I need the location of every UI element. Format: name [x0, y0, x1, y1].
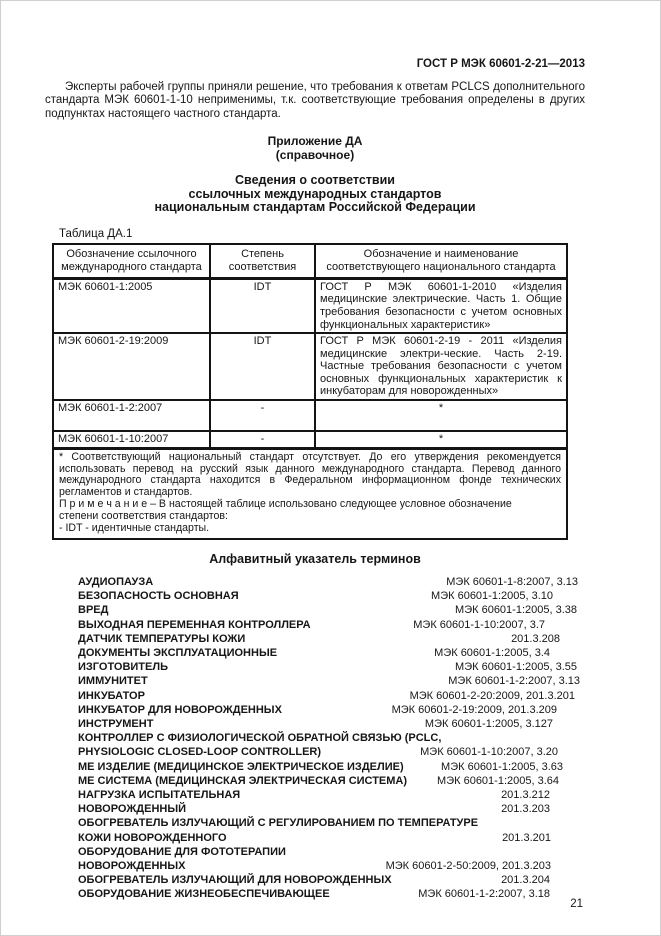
index-ref: МЭК 60601-1:2005, 3.64 [437, 774, 559, 788]
index-term: ИЗГОТОВИТЕЛЬ [78, 660, 168, 674]
index-term: ИММУНИТЕТ [78, 674, 148, 688]
index-ref: 201.3.212 [501, 788, 550, 802]
annex-label: Приложение ДА [45, 135, 585, 149]
index-ref: МЭК 60601-1:2005, 3.127 [425, 717, 553, 731]
index-term-continued: PHYSIOLOGIC CLOSED-LOOP CONTROLLER) [78, 745, 321, 759]
index-term: ИНКУБАТОР ДЛЯ НОВОРОЖДЕННЫХ [78, 703, 282, 717]
index-entry: ВРЕД МЭК 60601-1:2005, 3.38 [78, 603, 585, 617]
footnote-note-line3: - IDT - идентичные стандарты. [59, 523, 561, 535]
index-term: ДОКУМЕНТЫ ЭКСПЛУАТАЦИОННЫЕ [78, 646, 277, 660]
index-entry: ДОКУМЕНТЫ ЭКСПЛУАТАЦИОННЫЕ МЭК 60601-1:2… [78, 646, 585, 660]
cell-national: ГОСТ Р МЭК 60601-1-2010 «Изделия медицин… [315, 278, 567, 333]
index-term: ВРЕД [78, 603, 108, 617]
index-entry: АУДИОПАУЗА МЭК 60601-1-8:2007, 3.13 [78, 575, 585, 589]
index-ref: 201.3.203 [501, 802, 550, 816]
table-row: МЭК 60601-1-2:2007 - * [53, 400, 567, 431]
index-entry: ДАТЧИК ТЕМПЕРАТУРЫ КОЖИ 201.3.208 [78, 632, 585, 646]
index-ref: 201.3.201 [502, 831, 551, 845]
index-entry: ОБОГРЕВАТЕЛЬ ИЗЛУЧАЮЩИЙ С РЕГУЛИРОВАНИЕМ… [78, 816, 585, 844]
col-header-national-standard: Обозначение и наименование соответствующ… [315, 244, 567, 279]
index-ref: МЭК 60601-1:2005, 3.38 [455, 603, 577, 617]
index-ref: МЭК 60601-2-20:2009, 201.3.201 [410, 689, 575, 703]
index-term: МЕ ИЗДЕЛИЕ (МЕДИЦИНСКОЕ ЭЛЕКТРИЧЕСКОЕ ИЗ… [78, 760, 404, 774]
footnote-paragraph: * Соответствующий национальный стандарт … [59, 452, 561, 500]
index-term: ОБОГРЕВАТЕЛЬ ИЗЛУЧАЮЩИЙ С РЕГУЛИРОВАНИЕМ… [78, 816, 585, 830]
cell-degree: - [210, 431, 315, 448]
table-footnote: * Соответствующий национальный стандарт … [53, 448, 567, 539]
index-title: Алфавитный указатель терминов [45, 552, 585, 567]
index-ref: МЭК 60601-1-8:2007, 3.13 [446, 575, 578, 589]
index-term-continued: НОВОРОЖДЕННЫХ [78, 859, 185, 873]
cell-national: * [315, 400, 567, 431]
index-ref: МЭК 60601-2-19:2009, 201.3.209 [392, 703, 557, 717]
cell-standard: МЭК 60601-1:2005 [53, 278, 210, 333]
index-ref: МЭК 60601-1:2005, 3.63 [441, 760, 563, 774]
index-entry: НОВОРОЖДЕННЫЙ 201.3.203 [78, 802, 585, 816]
index-entry: ИММУНИТЕТ МЭК 60601-1-2:2007, 3.13 [78, 674, 585, 688]
annex-title: Сведения о соответствии ссылочных междун… [45, 174, 585, 215]
annex-type: (справочное) [45, 149, 585, 163]
index-entry: МЕ СИСТЕМА (МЕДИЦИНСКАЯ ЭЛЕКТРИЧЕСКАЯ СИ… [78, 774, 585, 788]
annex-title-line1: Сведения о соответствии [45, 174, 585, 188]
table-footnote-row: * Соответствующий национальный стандарт … [53, 448, 567, 539]
table-row: МЭК 60601-1-10:2007 - * [53, 431, 567, 448]
index-entry: ИЗГОТОВИТЕЛЬ МЭК 60601-1:2005, 3.55 [78, 660, 585, 674]
index-term: АУДИОПАУЗА [78, 575, 153, 589]
index-term: ИНКУБАТОР [78, 689, 145, 703]
document-page: ГОСТ Р МЭК 60601-2-21—2013 Эксперты рабо… [0, 0, 661, 936]
index-ref: МЭК 60601-1-2:2007, 3.13 [448, 674, 580, 688]
correspondence-table: Обозначение ссылочного международного ст… [52, 243, 568, 540]
index-entry: ВЫХОДНАЯ ПЕРЕМЕННАЯ КОНТРОЛЛЕРА МЭК 6060… [78, 618, 585, 632]
index-ref: МЭК 60601-1-2:2007, 3.18 [418, 887, 550, 901]
cell-degree: IDT [210, 278, 315, 333]
cell-national: * [315, 431, 567, 448]
index-ref: МЭК 60601-1-10:2007, 3.20 [420, 745, 558, 759]
cell-standard: МЭК 60601-1-10:2007 [53, 431, 210, 448]
index-term: БЕЗОПАСНОСТЬ ОСНОВНАЯ [78, 589, 239, 603]
index-entry: МЕ ИЗДЕЛИЕ (МЕДИЦИНСКОЕ ЭЛЕКТРИЧЕСКОЕ ИЗ… [78, 760, 585, 774]
index-entry: ИНКУБАТОР МЭК 60601-2-20:2009, 201.3.201 [78, 689, 585, 703]
index-entry: БЕЗОПАСНОСТЬ ОСНОВНАЯ МЭК 60601-1:2005, … [78, 589, 585, 603]
index-entry: ИНКУБАТОР ДЛЯ НОВОРОЖДЕННЫХ МЭК 60601-2-… [78, 703, 585, 717]
table-row: МЭК 60601-1:2005 IDT ГОСТ Р МЭК 60601-1-… [53, 278, 567, 333]
index-ref: МЭК 60601-1:2005, 3.10 [431, 589, 553, 603]
index-ref: 201.3.204 [501, 873, 550, 887]
index-entry: КОНТРОЛЛЕР С ФИЗИОЛОГИЧЕСКОЙ ОБРАТНОЙ СВ… [78, 731, 585, 759]
index-entry: НАГРУЗКА ИСПЫТАТЕЛЬНАЯ 201.3.212 [78, 788, 585, 802]
index-ref: МЭК 60601-2-50:2009, 201.3.203 [386, 859, 551, 873]
index-term: ОБОРУДОВАНИЕ ЖИЗНЕОБЕСПЕЧИВАЮЩЕЕ [78, 887, 330, 901]
index-ref: МЭК 60601-1-10:2007, 3.7 [413, 618, 545, 632]
index-ref: 201.3.208 [511, 632, 560, 646]
index-term: ВЫХОДНАЯ ПЕРЕМЕННАЯ КОНТРОЛЛЕРА [78, 618, 311, 632]
cell-degree: IDT [210, 333, 315, 400]
intro-paragraph: Эксперты рабочей группы приняли решение,… [45, 81, 585, 121]
index-term-continued: КОЖИ НОВОРОЖДЕННОГО [78, 831, 227, 845]
col-header-degree: Степень соответствия [210, 244, 315, 279]
index-entry: ОБОРУДОВАНИЕ ЖИЗНЕОБЕСПЕЧИВАЮЩЕЕ МЭК 606… [78, 887, 585, 901]
cell-standard: МЭК 60601-2-19:2009 [53, 333, 210, 400]
index-entry: ОБОРУДОВАНИЕ ДЛЯ ФОТОТЕРАПИИ НОВОРОЖДЕНН… [78, 845, 585, 873]
table-row: МЭК 60601-2-19:2009 IDT ГОСТ Р МЭК 60601… [53, 333, 567, 400]
index-ref: МЭК 60601-1:2005, 3.4 [434, 646, 550, 660]
index-entry: ОБОГРЕВАТЕЛЬ ИЗЛУЧАЮЩИЙ ДЛЯ НОВОРОЖДЕННЫ… [78, 873, 585, 887]
col-header-international-standard: Обозначение ссылочного международного ст… [53, 244, 210, 279]
table-header-row: Обозначение ссылочного международного ст… [53, 244, 567, 279]
index-term: ОБОРУДОВАНИЕ ДЛЯ ФОТОТЕРАПИИ [78, 845, 585, 859]
index-entry: ИНСТРУМЕНТ МЭК 60601-1:2005, 3.127 [78, 717, 585, 731]
index-term: КОНТРОЛЛЕР С ФИЗИОЛОГИЧЕСКОЙ ОБРАТНОЙ СВ… [78, 731, 585, 745]
annex-title-line2: ссылочных международных стандартов [45, 188, 585, 202]
doc-code: ГОСТ Р МЭК 60601-2-21—2013 [45, 57, 585, 71]
index-term: ДАТЧИК ТЕМПЕРАТУРЫ КОЖИ [78, 632, 245, 646]
index-term: НАГРУЗКА ИСПЫТАТЕЛЬНАЯ [78, 788, 240, 802]
terms-index: АУДИОПАУЗА МЭК 60601-1-8:2007, 3.13 БЕЗО… [78, 575, 585, 902]
cell-degree: - [210, 400, 315, 431]
index-term: ОБОГРЕВАТЕЛЬ ИЗЛУЧАЮЩИЙ ДЛЯ НОВОРОЖДЕННЫ… [78, 873, 392, 887]
cell-national: ГОСТ Р МЭК 60601-2-19 - 2011 «Изделия ме… [315, 333, 567, 400]
annex-title-line3: национальным стандартам Российской Федер… [45, 201, 585, 215]
index-term: ИНСТРУМЕНТ [78, 717, 153, 731]
index-term: МЕ СИСТЕМА (МЕДИЦИНСКАЯ ЭЛЕКТРИЧЕСКАЯ СИ… [78, 774, 407, 788]
table-caption: Таблица ДА.1 [59, 228, 585, 241]
index-term: НОВОРОЖДЕННЫЙ [78, 802, 186, 816]
cell-standard: МЭК 60601-1-2:2007 [53, 400, 210, 431]
page-number: 21 [570, 898, 583, 910]
index-ref: МЭК 60601-1:2005, 3.55 [455, 660, 577, 674]
